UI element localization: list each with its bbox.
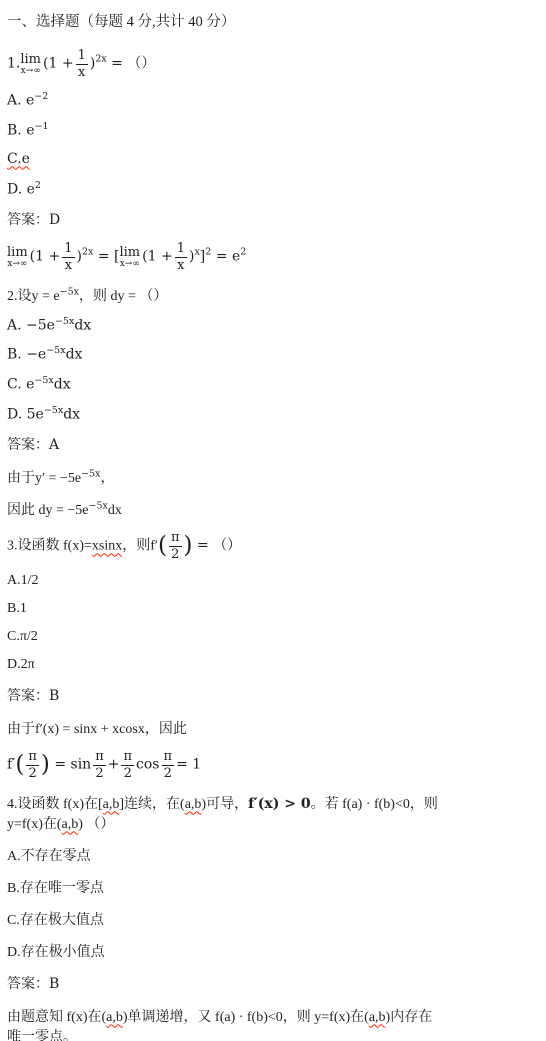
fraction-numerator: 1 [62, 242, 74, 258]
question-1-option-a: A. e−2 [7, 91, 540, 110]
solution-text: )内存在 [386, 1010, 433, 1025]
question-2-solution-line1: 由于y′ = −5e−5x， [7, 467, 540, 487]
option-text: dx [63, 406, 80, 422]
exponent: −5x [81, 469, 100, 480]
fraction: 1x [62, 242, 74, 272]
formula-token: ， [100, 471, 114, 486]
question-3-solution-line1: 由于f′(x) = sinx + xcosx，因此 [7, 718, 540, 738]
question-2-solution-line2: 因此 dy = −5e−5xdx [7, 499, 540, 519]
question-4-solution-line1: 由题意知 f(x)在(a,b)单调递增，又 f(a) · f(b)<0，则 y=… [7, 1006, 540, 1026]
question-1-answer: 答案：D [7, 209, 540, 229]
fraction-denominator: 2 [121, 766, 134, 781]
question-3-option-d: D.2π [7, 657, 540, 673]
question-2-option-d: D. 5e−5xdx [7, 405, 540, 424]
formula-token: = 1 [176, 757, 201, 773]
fraction-numerator: π [26, 750, 39, 766]
fraction-numerator: π [121, 750, 134, 766]
formula-token: cos [136, 757, 159, 773]
question-2-stem: 2.设y = e−5x，则 dy = （） [7, 285, 540, 305]
fraction-denominator: 2 [26, 766, 39, 781]
question-1-option-c: C.e [7, 151, 540, 168]
option-text: B. e [7, 123, 34, 139]
limit-operator: limx→∞ [7, 246, 28, 269]
stem-text-bold: f′(x) > 0 [248, 796, 311, 812]
stem-text-misspelled: xsinx [92, 539, 122, 554]
fraction-numerator: π [162, 750, 175, 766]
left-paren: ( [158, 533, 167, 559]
solution-text: 由题意知 f(x)在( [7, 1010, 106, 1025]
formula-token: = （） [192, 538, 241, 554]
fraction-denominator: x [76, 65, 88, 80]
solution-text: )单调递增，又 f(a) · f(b)<0，则 y=f(x)在( [123, 1010, 369, 1025]
option-text: D. e [7, 181, 35, 197]
question-4-option-d: D.存在极小值点 [7, 941, 540, 961]
stem-text: 。若 f(a) · f(b)<0，则 [311, 797, 438, 812]
formula-token: (1 + [43, 55, 74, 71]
question-3-stem: 3.设函数 f(x)=xsinx，则f′(π2) = （） [7, 531, 540, 561]
fraction: π2 [26, 750, 39, 780]
question-4-answer: 答案：B [7, 973, 540, 993]
question-4-option-b: B.存在唯一零点 [7, 877, 540, 897]
answer-label: 答案： [7, 689, 49, 704]
exponent: −5x [44, 405, 63, 416]
stem-text: 4.设函数 f(x)在[ [7, 797, 103, 812]
question-1-option-b: B. e−1 [7, 121, 540, 140]
question-4-stem-line1: 4.设函数 f(x)在[a,b]连续，在(a,b)可导，f′(x) > 0。若 … [7, 793, 540, 813]
formula-token: 2.设y = e [7, 289, 60, 304]
question-1-solution: limx→∞(1 +1x)2x = [limx→∞(1 +1x)x]2 = e2 [7, 242, 540, 272]
fraction-denominator: x [62, 258, 74, 273]
fraction: π2 [162, 750, 175, 780]
limit-operator: limx→∞ [20, 53, 41, 76]
lim-word: lim [20, 53, 41, 66]
fraction-denominator: 2 [169, 547, 182, 562]
question-3-option-c: C.π/2 [7, 629, 540, 645]
formula-token: 由于y′ = −5e [7, 471, 81, 486]
fraction: 1x [76, 49, 88, 79]
lim-subscript: x→∞ [20, 67, 41, 76]
stem-text: ) （） [78, 817, 114, 832]
exponent: −5x [89, 501, 108, 512]
stem-text-misspelled: a,b [62, 817, 79, 832]
fraction: π2 [169, 531, 182, 561]
question-1-number: 1. [7, 55, 20, 71]
lim-subscript: x→∞ [119, 260, 140, 269]
fraction-numerator: 1 [76, 49, 88, 65]
formula-token: 因此 dy = −5e [7, 503, 89, 518]
formula-token: dx [108, 503, 122, 518]
right-paren: ) [41, 752, 50, 778]
fraction: 1x [175, 242, 187, 272]
exponent: 2 [240, 247, 246, 258]
answer-label: 答案： [7, 213, 49, 228]
question-2-answer: 答案：A [7, 434, 540, 454]
exponent: −1 [34, 121, 48, 132]
stem-text-misspelled: a,b [103, 797, 120, 812]
question-1-option-d: D. e2 [7, 180, 540, 199]
lim-word: lim [7, 246, 28, 259]
question-4-option-c: C.存在极大值点 [7, 909, 540, 929]
solution-text-misspelled: a,b [369, 1010, 386, 1025]
option-text-misspelled: C.e [7, 151, 30, 167]
lim-word: lim [119, 246, 140, 259]
fraction: π2 [121, 750, 134, 780]
stem-text: ，则f′ [122, 539, 158, 554]
question-4-stem-line2: y=f(x)在(a,b) （） [7, 813, 540, 833]
stem-text: 3.设函数 f(x)= [7, 539, 92, 554]
fraction-numerator: π [169, 531, 182, 547]
option-text: dx [74, 317, 91, 333]
fraction-numerator: 1 [175, 242, 187, 258]
question-2-option-c: C. e−5xdx [7, 375, 540, 394]
left-paren: ( [15, 752, 24, 778]
answer-label: 答案： [7, 977, 49, 992]
option-text: D. 5e [7, 406, 44, 422]
question-4-solution-line2: 唯一零点。 [7, 1026, 540, 1041]
question-2-option-a: A. −5e−5xdx [7, 316, 540, 335]
formula-token: = e [211, 249, 240, 265]
exponent: −5x [60, 286, 79, 297]
fraction-denominator: 2 [162, 766, 175, 781]
fraction-denominator: x [175, 258, 187, 273]
option-text: dx [54, 377, 71, 393]
answer-value: D [49, 212, 60, 228]
formula-token: = （） [107, 55, 156, 71]
question-3-solution-line2: f′(π2) = sinπ2+π2cosπ2= 1 [7, 750, 540, 780]
exponent: −2 [34, 91, 48, 102]
exponent: −5x [34, 375, 53, 386]
fraction-denominator: 2 [93, 766, 106, 781]
answer-label: 答案： [7, 438, 49, 453]
fraction-numerator: π [93, 750, 106, 766]
answer-value: A [49, 437, 59, 453]
exponent: −5x [55, 316, 74, 327]
exponent: −5x [46, 345, 65, 356]
question-4-option-a: A.不存在零点 [7, 845, 540, 865]
option-text: A. e [7, 93, 34, 109]
stem-text-misspelled: a,b [185, 797, 202, 812]
stem-text: )可导， [201, 797, 248, 812]
question-3-option-b: B.1 [7, 601, 540, 617]
formula-token: ，则 dy = （） [79, 289, 167, 304]
section-title: 一、选择题（每题 4 分,共计 40 分） [7, 10, 540, 31]
question-2-option-b: B. −e−5xdx [7, 345, 540, 364]
option-text: B. −e [7, 347, 46, 363]
stem-text: ]连续，在( [119, 797, 184, 812]
option-text: C. e [7, 377, 34, 393]
formula-token: (1 + [142, 249, 173, 265]
question-1-stem: 1.limx→∞(1 +1x)2x = （） [7, 49, 540, 79]
limit-operator: limx→∞ [119, 246, 140, 269]
document-page: 一、选择题（每题 4 分,共计 40 分） 1.limx→∞(1 +1x)2x … [0, 0, 546, 1041]
solution-text-misspelled: a,b [106, 1010, 123, 1025]
exponent: 2x [82, 247, 93, 258]
formula-token: = [ [93, 249, 119, 265]
answer-value: B [49, 976, 59, 992]
answer-value: B [49, 688, 59, 704]
lim-subscript: x→∞ [7, 260, 28, 269]
formula-token: = sin [50, 757, 91, 773]
option-text: A. −5e [7, 317, 55, 333]
formula-token: + [108, 757, 120, 773]
option-text: dx [66, 347, 83, 363]
formula-token: (1 + [30, 249, 61, 265]
stem-text: y=f(x)在( [7, 817, 62, 832]
exponent: 2x [95, 54, 106, 65]
fraction: π2 [93, 750, 106, 780]
exponent: 2 [35, 180, 41, 191]
question-3-answer: 答案：B [7, 685, 540, 705]
question-3-option-a: A.1/2 [7, 573, 540, 589]
